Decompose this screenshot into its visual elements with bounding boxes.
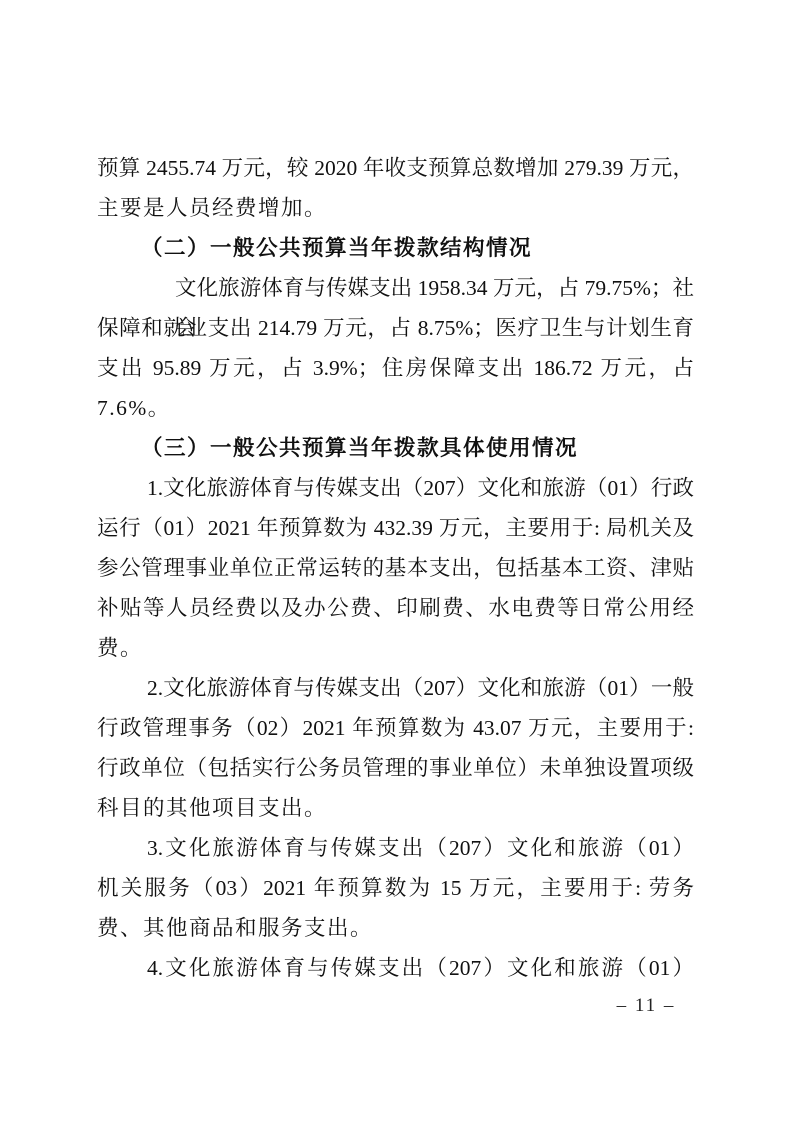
section-heading: （二）一般公共预算当年拨款结构情况 [97,228,694,268]
body-line: 费。 [97,628,694,668]
body-line: 行政管理事务（02）2021 年预算数为 43.07 万元，主要用于: [97,708,694,748]
body-line: 费、其他商品和服务支出。 [97,908,694,948]
body-line: 机关服务（03）2021 年预算数为 15 万元，主要用于: 劳务 [97,868,694,908]
body-line: 预算 2455.74 万元，较 2020 年收支预算总数增加 279.39 万元… [97,148,694,188]
body-line: 运行（01）2021 年预算数为 432.39 万元，主要用于: 局机关及 [97,508,694,548]
body-line: 行政单位（包括实行公务员管理的事业单位）未单独设置项级 [97,748,694,788]
body-line: 支出 95.89 万元，占 3.9%；住房保障支出 186.72 万元，占 [97,348,694,388]
page-number: – 11 – [601,992,691,1020]
body-line: 2.文化旅游体育与传媒支出（207）文化和旅游（01）一般 [97,668,694,708]
body-line: 补贴等人员经费以及办公费、印刷费、水电费等日常公用经 [97,588,694,628]
body-line: 主要是人员经费增加。 [97,188,694,228]
body-line: 科目的其他项目支出。 [97,788,694,828]
body-line: 参公管理事业单位正常运转的基本支出，包括基本工资、津贴 [97,548,694,588]
body-line: 7.6%。 [97,388,694,428]
document-page: 预算 2455.74 万元，较 2020 年收支预算总数增加 279.39 万元… [0,0,793,1122]
body-line: 4.文化旅游体育与传媒支出（207）文化和旅游（01） [97,948,694,988]
section-heading: （三）一般公共预算当年拨款具体使用情况 [97,428,694,468]
body-line: 1.文化旅游体育与传媒支出（207）文化和旅游（01）行政 [97,468,694,508]
body-line: 保障和就业支出 214.79 万元，占 8.75%；医疗卫生与计划生育 [97,308,694,348]
body-line: 文化旅游体育与传媒支出 1958.34 万元，占 79.75%；社会 [97,268,694,308]
body-line: 3.文化旅游体育与传媒支出（207）文化和旅游（01） [97,828,694,868]
document-body: 预算 2455.74 万元，较 2020 年收支预算总数增加 279.39 万元… [97,148,694,988]
